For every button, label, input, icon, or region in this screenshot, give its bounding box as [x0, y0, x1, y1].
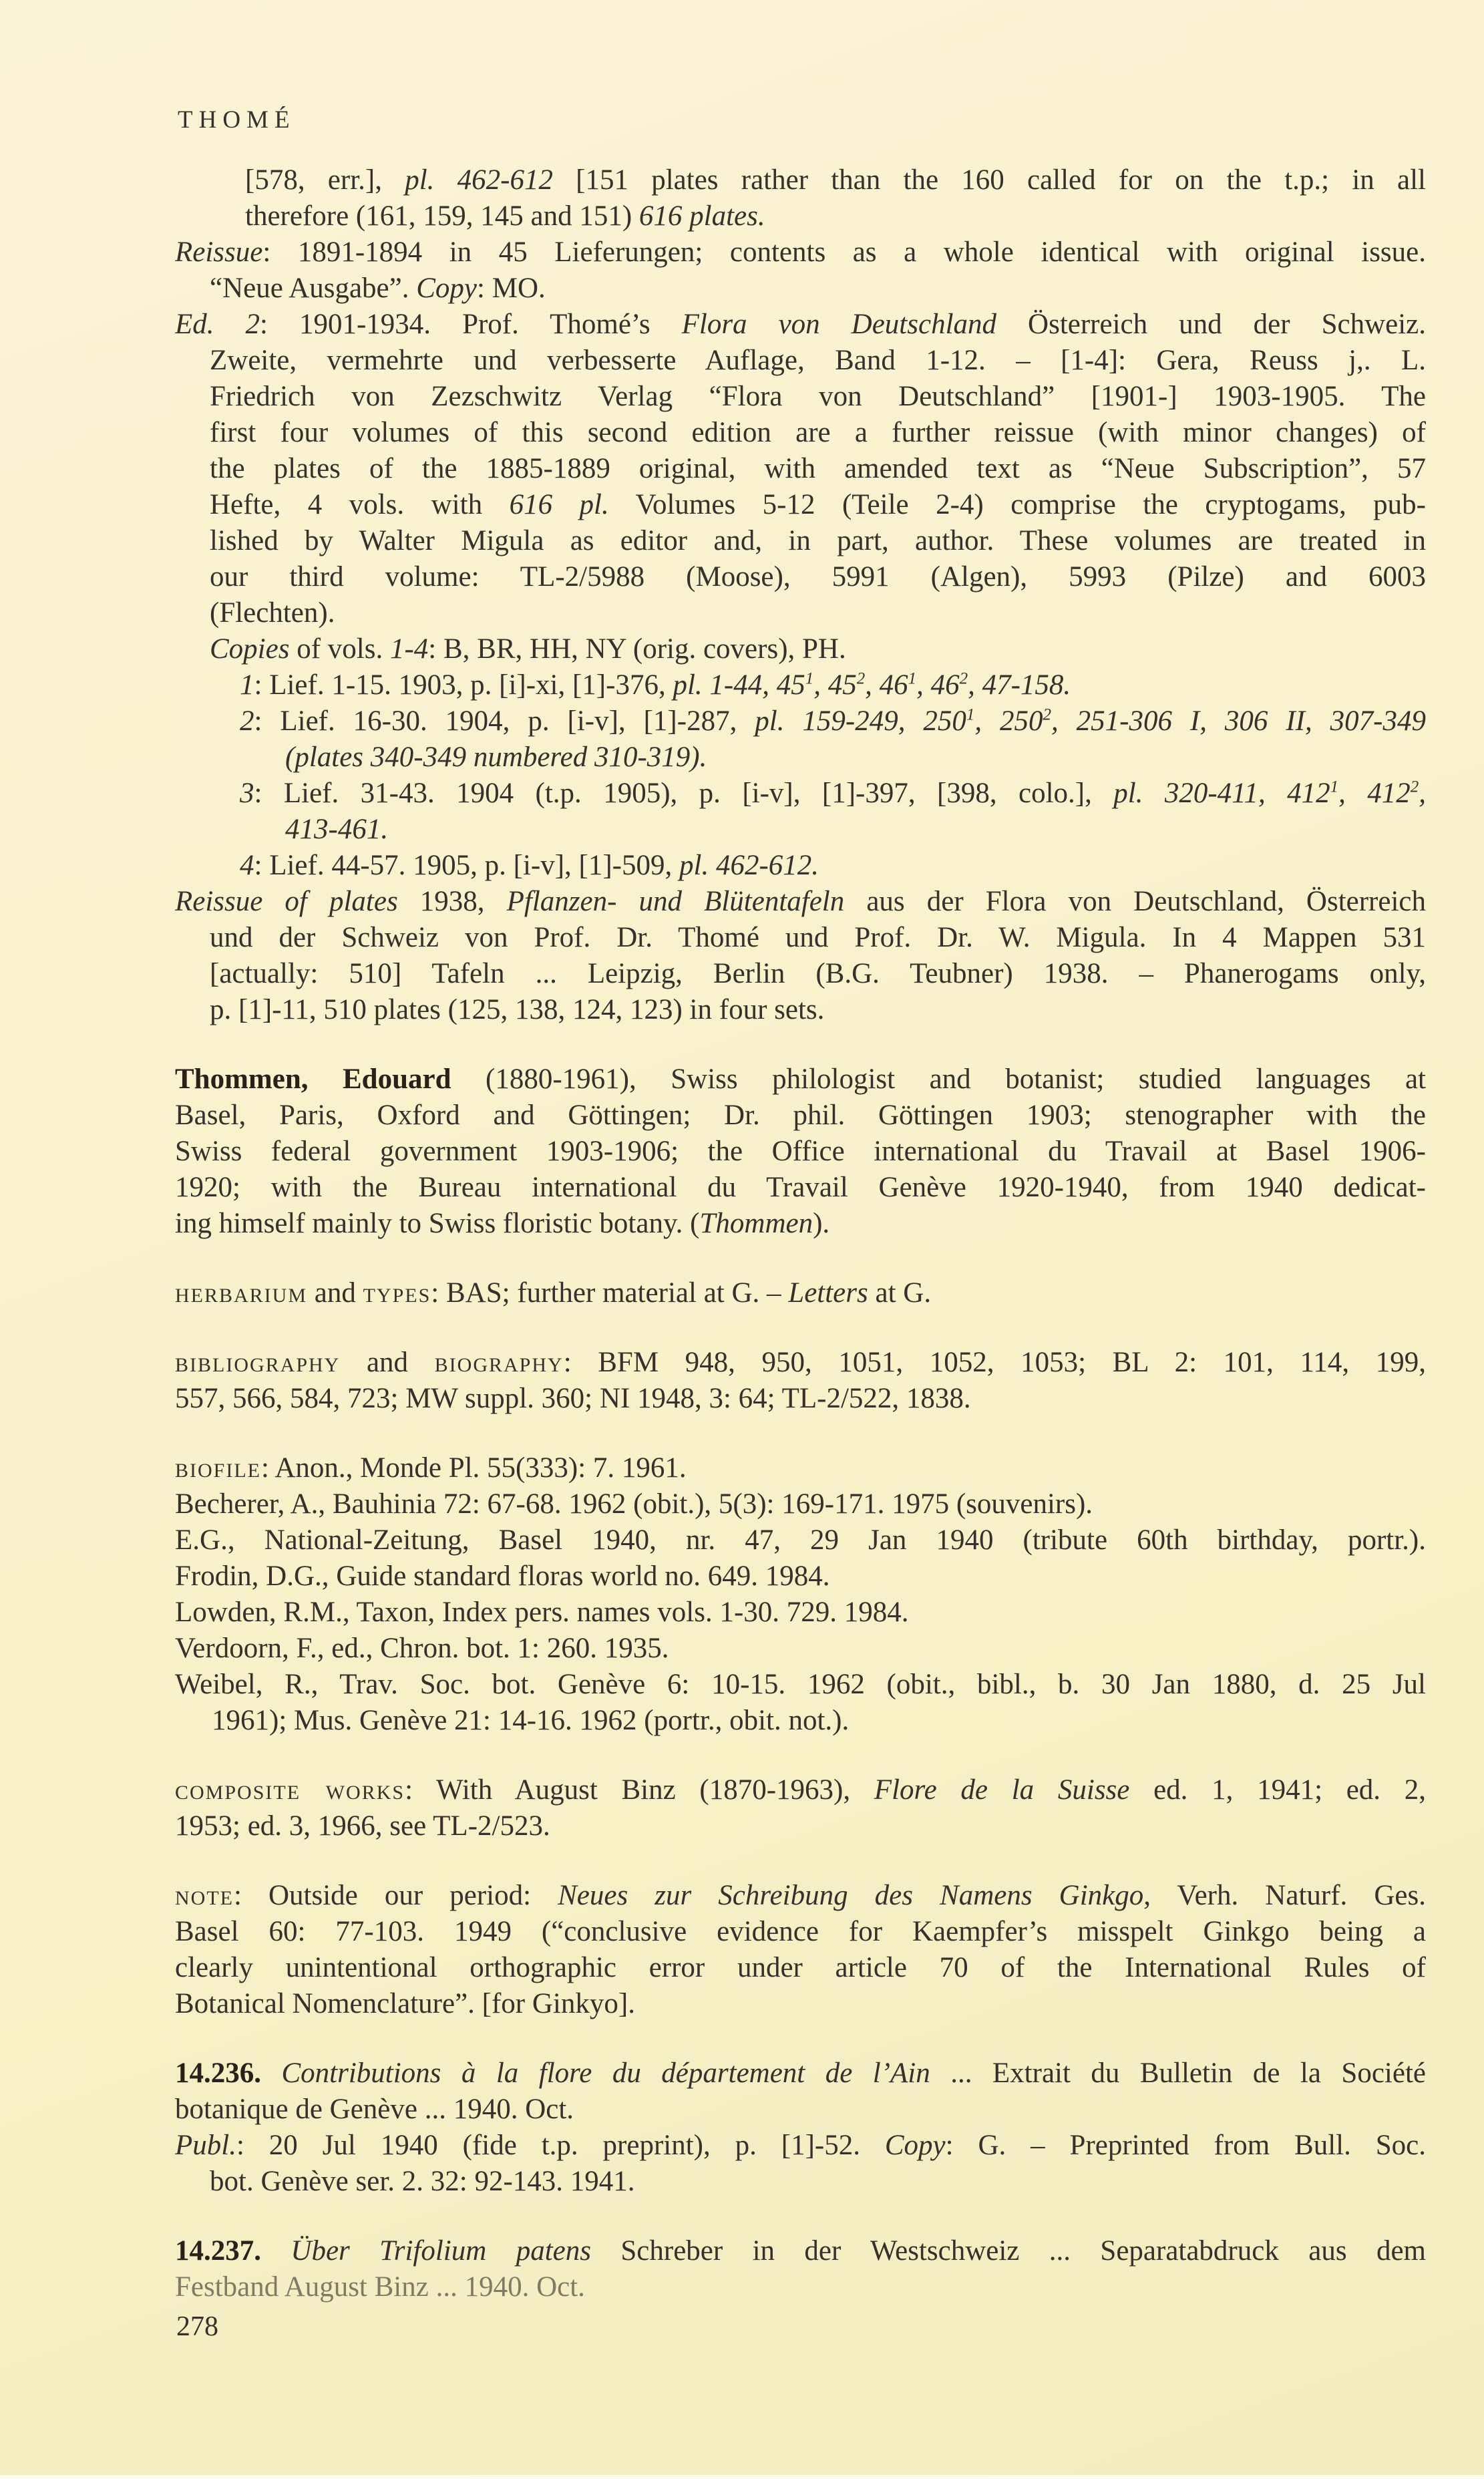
text-block: [578, err.], pl. 462-612 [151 plates rat… [175, 162, 1426, 2305]
text-line: bibliography and biography: BFM 948, 950… [175, 1345, 1426, 1381]
page-number: 278 [176, 2309, 218, 2345]
text-line: Basel 60: 77-103. 1949 (“conclusive evid… [175, 1914, 1426, 1950]
text-line: Weibel, R., Trav. Soc. bot. Genève 6: 10… [175, 1667, 1426, 1703]
text-line: Hefte, 4 vols. with 616 pl. Volumes 5-12… [175, 487, 1426, 523]
text-line: ing himself mainly to Swiss floristic bo… [175, 1206, 1426, 1242]
text-line: Basel, Paris, Oxford and Göttingen; Dr. … [175, 1098, 1426, 1134]
text-line: 413-461. [175, 812, 1426, 848]
text-line: herbarium and types: BAS; further materi… [175, 1275, 1426, 1311]
text-line: Becherer, A., Bauhinia 72: 67-68. 1962 (… [175, 1486, 1426, 1522]
text-line: first four volumes of this second editio… [175, 415, 1426, 451]
text-line: Zweite, vermehrte und verbesserte Auflag… [175, 343, 1426, 379]
text-line: und der Schweiz von Prof. Dr. Thomé und … [175, 920, 1426, 956]
text-line: 557, 566, 584, 723; MW suppl. 360; NI 19… [175, 1381, 1426, 1417]
text-line: Reissue: 1891-1894 in 45 Lieferungen; co… [175, 234, 1426, 271]
text-line: 1920; with the Bureau international du T… [175, 1170, 1426, 1206]
text-line: therefore (161, 159, 145 and 151) 616 pl… [175, 198, 1426, 234]
text-line: [actually: 510] Tafeln ... Leipzig, Berl… [175, 956, 1426, 992]
text-line: Thommen, Edouard (1880-1961), Swiss phil… [175, 1061, 1426, 1098]
text-line: [578, err.], pl. 462-612 [151 plates rat… [175, 162, 1426, 198]
text-line: Lowden, R.M., Taxon, Index pers. names v… [175, 1595, 1426, 1631]
text-line: 2: Lief. 16-30. 1904, p. [i-v], [1]-287,… [175, 703, 1426, 739]
text-line: Ed. 2: 1901-1934. Prof. Thomé’s Flora vo… [175, 307, 1426, 343]
text-line: (plates 340-349 numbered 310-319). [175, 739, 1426, 776]
text-line: the plates of the 1885-1889 original, wi… [175, 451, 1426, 487]
text-line: composite works: With August Binz (1870-… [175, 1772, 1426, 1808]
scan-edge-strip [0, 2475, 1484, 2479]
text-line: 14.237. Über Trifolium patens Schreber i… [175, 2233, 1426, 2269]
text-line: 3: Lief. 31-43. 1904 (t.p. 1905), p. [i-… [175, 776, 1426, 812]
text-line: p. [1]-11, 510 plates (125, 138, 124, 12… [175, 992, 1426, 1028]
text-line: Copies of vols. 1-4: B, BR, HH, NY (orig… [175, 631, 1426, 667]
text-line: 1: Lief. 1-15. 1903, p. [i]-xi, [1]-376,… [175, 667, 1426, 703]
text-line: Publ.: 20 Jul 1940 (fide t.p. preprint),… [175, 2128, 1426, 2164]
text-line: Frodin, D.G., Guide standard floras worl… [175, 1558, 1426, 1595]
text-line: Verdoorn, F., ed., Chron. bot. 1: 260. 1… [175, 1631, 1426, 1667]
text-line: botanique de Genève ... 1940. Oct. [175, 2092, 1426, 2128]
text-line: Festband August Binz ... 1940. Oct. [175, 2269, 1426, 2305]
text-line: our third volume: TL-2/5988 (Moose), 599… [175, 559, 1426, 595]
running-head: THOMÉ [178, 106, 296, 134]
text-line: (Flechten). [175, 595, 1426, 631]
text-line: Botanical Nomenclature”. [for Ginkyo]. [175, 1986, 1426, 2022]
text-line: 4: Lief. 44-57. 1905, p. [i-v], [1]-509,… [175, 848, 1426, 884]
text-line: Swiss federal government 1903-1906; the … [175, 1134, 1426, 1170]
text-line: “Neue Ausgabe”. Copy: MO. [175, 271, 1426, 307]
text-line: 14.236. Contributions à la flore du dépa… [175, 2055, 1426, 2092]
book-page: THOMÉ [578, err.], pl. 462-612 [151 plat… [0, 0, 1484, 2479]
text-line: 1953; ed. 3, 1966, see TL-2/523. [175, 1808, 1426, 1844]
text-line: bot. Genève ser. 2. 32: 92-143. 1941. [175, 2164, 1426, 2200]
text-line: lished by Walter Migula as editor and, i… [175, 523, 1426, 559]
text-line: note: Outside our period: Neues zur Schr… [175, 1878, 1426, 1914]
text-line: clearly unintentional orthographic error… [175, 1950, 1426, 1986]
text-line: 1961); Mus. Genève 21: 14-16. 1962 (port… [175, 1703, 1426, 1739]
text-line: Reissue of plates 1938, Pflanzen- und Bl… [175, 884, 1426, 920]
text-line: Friedrich von Zezschwitz Verlag “Flora v… [175, 379, 1426, 415]
text-line: E.G., National-Zeitung, Basel 1940, nr. … [175, 1522, 1426, 1558]
text-line: biofile: Anon., Monde Pl. 55(333): 7. 19… [175, 1450, 1426, 1486]
